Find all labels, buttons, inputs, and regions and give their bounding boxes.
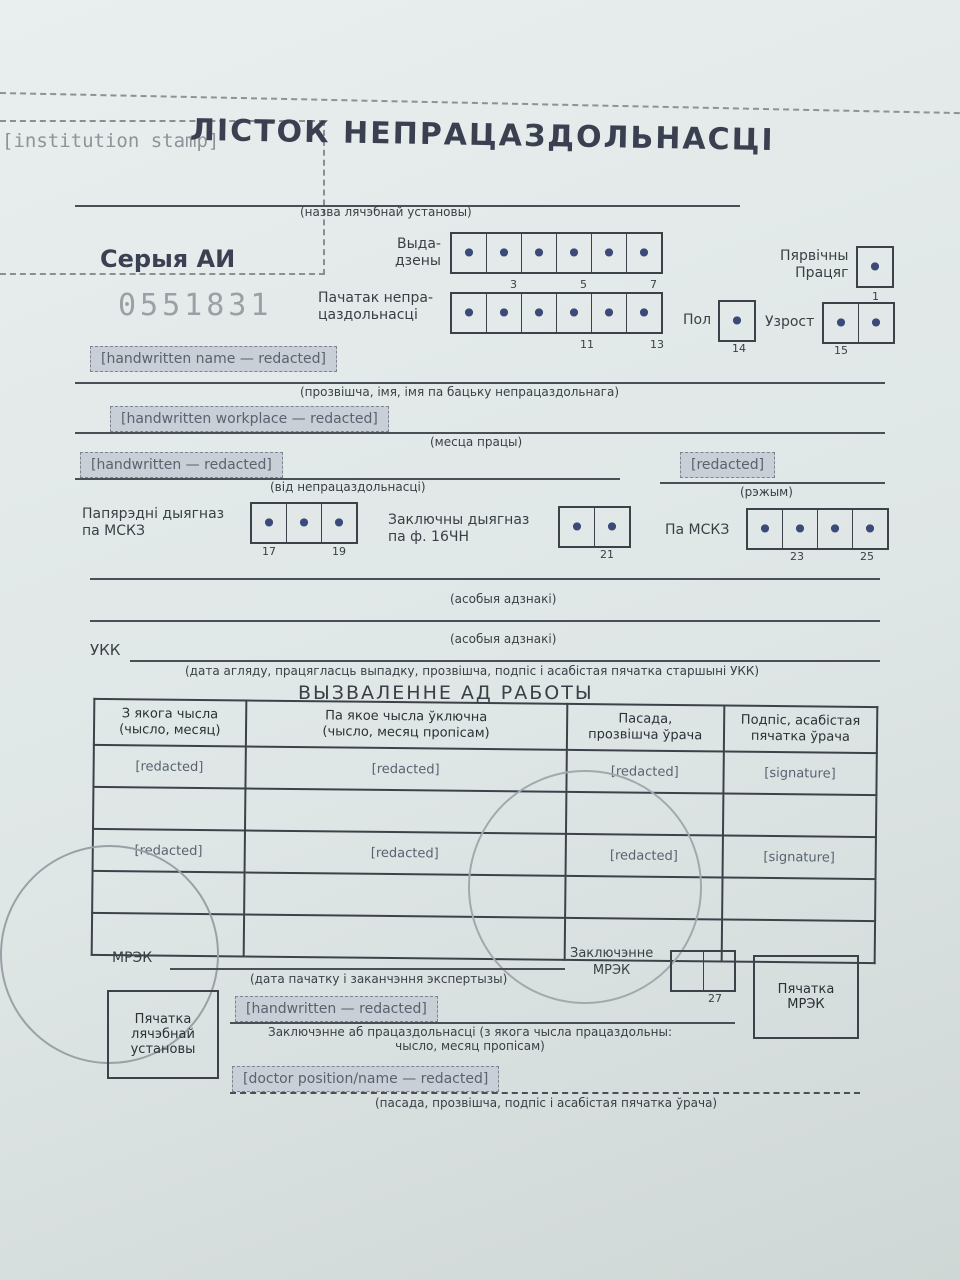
ukk-caption: (дата агляду, працягласць выпадку, прозв… [185,664,759,678]
regime: [redacted] [680,446,775,478]
institution-caption: (назва лячэбнай установы) [300,205,472,219]
table-cell: [redacted] [245,746,566,791]
cell-number: 13 [650,338,664,351]
sex-label: Пол [683,312,711,329]
icd-label: Па МСКЗ [665,522,729,539]
notes-line-2 [90,620,880,622]
table-cell: [redacted] [93,745,245,789]
digit-cell: • [452,234,487,272]
workplace-caption: (месца працы) [430,435,522,449]
digit-cell: • [557,294,592,332]
issued-label: Выда- дзены [395,236,441,270]
notes-line-1 [90,578,880,580]
cell-number: 23 [790,550,804,563]
workplace: [handwritten workplace — redacted] [110,400,389,432]
final-dx-label: Заключны дыягназ па ф. 16ЧН [388,512,529,546]
table-cell [722,877,876,921]
cell-number: 27 [708,992,722,1005]
name-caption: (прозвішча, імя, імя па бацьку непрацазд… [300,385,619,399]
name-value: [handwritten name — redacted] [90,346,337,372]
digit-cell: • [322,504,356,542]
type-caption: (від непрацаздольнасці) [270,480,426,494]
doctor-caption: (пасада, прозвішча, подпіс і асабістая п… [375,1096,717,1110]
start-label: Пачатак непра- цаздольнасці [318,290,433,324]
cell-number: 7 [650,278,657,291]
table-cell [93,787,245,831]
conclusion: [handwritten — redacted] [235,990,438,1022]
digit-cell: • [720,302,754,340]
cell-number: 3 [510,278,517,291]
cell-number: 21 [600,548,614,561]
prelim-dx-cells: ••• [250,502,358,544]
column-header: Па якое чысла ўключна (чысло, месяц проп… [245,700,566,749]
doctor-value: [doctor position/name — redacted] [232,1066,499,1092]
workplace-value: [handwritten workplace — redacted] [110,406,389,432]
digit-cell: • [560,508,595,546]
digit-cell: • [858,248,892,286]
ukk-line [130,660,880,662]
regime-caption: (рэжым) [740,485,793,499]
regime-line [660,482,885,484]
column-header: Подпіс, асабістая пячатка ўрача [724,706,878,754]
institution-stamp-box: Пячатка лячэбнай установы [107,990,219,1079]
form-series: Серыя АИ [100,245,235,273]
prelim-dx-label: Папярэдні дыягназ па МСКЗ [82,506,224,540]
digit-cell: • [522,234,557,272]
digit-cell: • [824,304,859,342]
notes-caption-2: (асобыя адзнакі) [450,632,556,646]
mrek-conclusion-cells [670,950,736,992]
digit-cell: • [592,234,627,272]
issued-date-cells: •••••• [450,232,663,274]
digit-cell: • [853,510,887,548]
mrek-line [170,968,565,970]
digit-cell: • [592,294,627,332]
digit-cell: • [452,294,487,332]
final-dx-cells: •• [558,506,631,548]
table-cell: [signature] [722,835,876,879]
digit-cell: • [595,508,629,546]
table-cell: [signature] [723,751,877,795]
age-cells: •• [822,302,895,344]
notes-caption-1: (асобыя адзнакі) [450,592,556,606]
digit-cell: • [252,504,287,542]
digit-cell: • [557,234,592,272]
column-header: З якога чысла (чысло, месяц) [94,699,246,747]
mrek-caption: (дата пачатку і заканчэння экспертызы) [250,972,507,986]
patient-name: [handwritten name — redacted] [90,340,337,372]
name-line [75,382,885,384]
doctor-info: [doctor position/name — redacted] [232,1060,499,1092]
mrek-stamp-box: Пячатка МРЭК [753,955,859,1039]
digit-cell: • [748,510,783,548]
serial-number: 0551831 [118,288,272,323]
age-label: Узрост [765,314,814,331]
sex-cell: • [718,300,756,342]
cell-number: 14 [732,342,746,355]
digit-cell: • [783,510,818,548]
table-cell [723,793,877,837]
doctor-line [230,1092,860,1094]
digit-cell: • [627,294,661,332]
cell-number: 19 [332,545,346,558]
cell-number: 25 [860,550,874,563]
start-date-cells: •••••• [450,292,663,334]
conclusion-caption: Заключэнне аб працаздольнасці (з якога ч… [268,1025,672,1053]
incapacity-type: [handwritten — redacted] [80,446,283,478]
icd-cells: •••• [746,508,889,550]
regime-value: [redacted] [680,452,775,478]
digit-cell: • [627,234,661,272]
ukk-label: УКК [90,642,120,659]
digit-cell: • [818,510,853,548]
digit-cell: • [522,294,557,332]
cell-number: 11 [580,338,594,351]
conclusion-line [230,1022,735,1024]
primary-cell: • [856,246,894,288]
cell-number: 15 [834,344,848,357]
mrek-conclusion-label: Заключэнне МРЭК [570,945,653,979]
digit-cell: • [487,294,522,332]
digit-cell: • [859,304,893,342]
cell-number: 17 [262,545,276,558]
digit-cell: • [287,504,322,542]
tear-line [0,92,960,114]
column-header: Пасада, прозвішча ўрача [566,704,724,752]
digit-cell: • [487,234,522,272]
cell-number: 5 [580,278,587,291]
workplace-line [75,432,885,434]
type-value: [handwritten — redacted] [80,452,283,478]
primary-label: Пярвічны Працяг [780,248,848,282]
mrek-label: МРЭК [112,950,152,967]
conclusion-value: [handwritten — redacted] [235,996,438,1022]
